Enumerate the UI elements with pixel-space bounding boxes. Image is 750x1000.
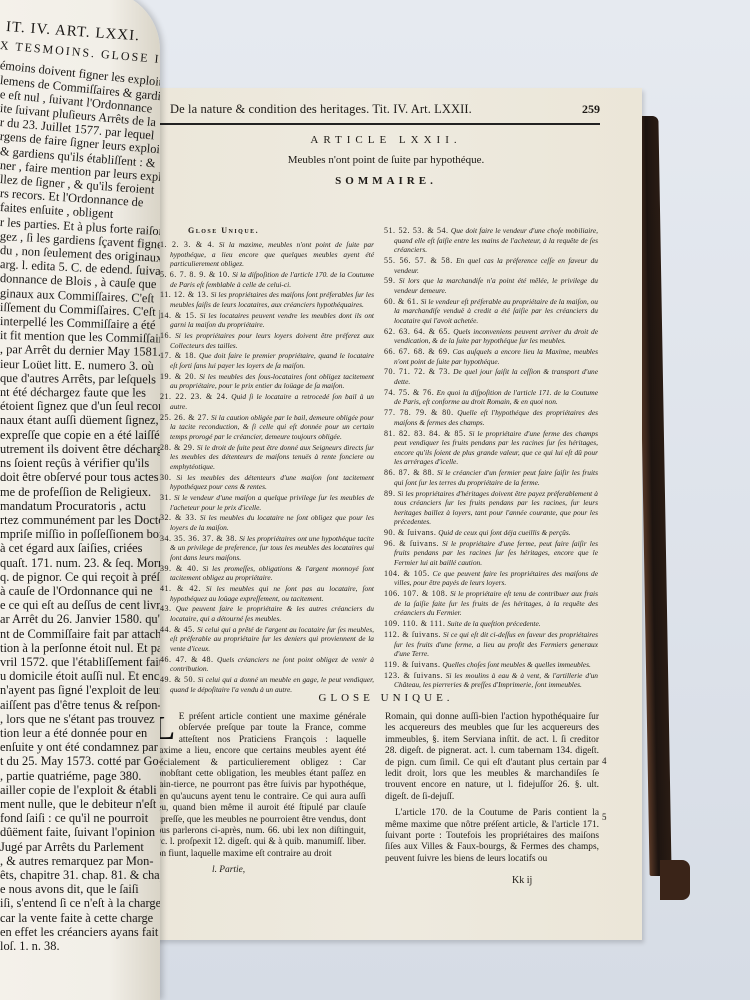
verso-line: rtez communément par les Docteurs	[0, 513, 160, 527]
sommaire-entry: 86. 87. & 88. Si le créancier d'un fermi…	[384, 468, 598, 487]
verso-line: tion à la perſonne étoit nul. Et par	[0, 641, 160, 655]
article-title: ARTICLE LXXII.	[130, 134, 642, 146]
entry-number: 17. & 18.	[160, 351, 196, 360]
entry-number: 96. & ſuivans.	[384, 539, 439, 548]
entry-number: 31.	[160, 493, 172, 502]
running-head-title: De la nature & condition des heritages. …	[170, 102, 472, 117]
entry-number: 106. 107. & 108.	[384, 589, 448, 598]
entry-number: 25. 26. & 27.	[160, 413, 209, 422]
sommaire-entry: 60. & 61. Si le vendeur eſt préferable a…	[384, 297, 598, 326]
entry-number: 81. 82. 83. 84. & 85.	[384, 429, 466, 438]
sommaire-entry: 106. 107. & 108. Si le propriétaire eſt …	[384, 589, 598, 618]
signature-mark: Kk ij	[512, 875, 532, 886]
verso-line: , & autres remarquez par Mon-	[0, 854, 160, 868]
sommaire-entry: 16. Si les propriétaires pour leurs loye…	[160, 331, 374, 350]
sommaire-entry: 11. 12. & 13. Si les propriétaires des m…	[160, 290, 374, 309]
entry-number: 28. & 29.	[160, 443, 195, 452]
sommaire-entry: 70. 71. 72. & 73. De quel jour ſaiſit la…	[384, 367, 598, 386]
sommaire-entry: 77. 78. 79. & 80. Quelle eſt l'hypothéqu…	[384, 408, 598, 427]
sommaire-entry: 31. Si le vendeur d'une maiſon a quelque…	[160, 493, 374, 512]
entry-text: Si les propriétaires pour leurs loyers d…	[170, 331, 374, 350]
verso-line: n'ayent pas ſigné l'exploit de leur	[0, 683, 160, 697]
entry-text: Si le droit de ſuite peut être donné aux…	[170, 443, 374, 471]
sommaire-entry: 51. 52. 53. & 54. Que doit faire le vend…	[384, 226, 598, 255]
sommaire-entry: 1. 2. 3. & 4. Si la maxime, meubles n'on…	[160, 240, 374, 269]
verso-line: ar Arrêt du 26. Janvier 1580. qu'un	[0, 612, 160, 626]
entry-text: Si les meubles qui ne ſont pas au locata…	[170, 584, 374, 603]
verso-line: mandatum Procuratoris , actu	[0, 499, 160, 513]
entry-number: 59.	[384, 276, 396, 285]
recto-page: De la nature & condition des heritages. …	[130, 88, 642, 940]
verso-page: IT. IV. ART. LXXI. X TESMOINS. GLOSE III…	[0, 0, 160, 1000]
entry-number: 66. 67. 68. & 69.	[384, 347, 450, 356]
entry-text: Si les meubles des ſous-locataires ſont …	[170, 372, 374, 391]
entry-text: Si celui qui a prêté de l'argent au loca…	[170, 625, 374, 653]
verso-line: iſi, s'entend ſi ce n'eſt à la charge	[0, 896, 160, 910]
entry-number: 43.	[160, 604, 172, 613]
verso-line: à cauſe de l'Ordonnance qui ne	[0, 584, 160, 598]
verso-line: nt de Commiſſaire fait par attache	[0, 627, 160, 641]
entry-number: 123. & ſuivans.	[384, 671, 443, 680]
entry-number: 19. & 20.	[160, 372, 196, 381]
sommaire-entry: 81. 82. 83. 84. & 85. Si le propriétaire…	[384, 429, 598, 467]
glose-title: GLOSE UNIQUE.	[130, 692, 642, 704]
page-number: 259	[582, 102, 600, 117]
verso-line: utrement ils doivent être déchargez	[0, 442, 160, 456]
body-left-tail: l. Partie,	[152, 865, 366, 876]
entry-number: 39. & 40.	[160, 564, 199, 573]
verso-line: ns ſoient reçûs à vérifier qu'ils	[0, 456, 160, 470]
entry-number: 41. & 42.	[160, 584, 201, 593]
entry-number: 104. & 105.	[384, 569, 430, 578]
verso-line: car la vente faite à cette charge	[0, 911, 160, 925]
entry-text: Si celui qui a donné un meuble en gage, …	[170, 675, 374, 694]
entry-text: Si les meubles des détenteurs d'une maiſ…	[170, 473, 374, 492]
entry-number: 119. & ſuivans.	[384, 660, 441, 669]
entry-text: Si lors que la marchandiſe n'a point été…	[394, 276, 598, 295]
entry-number: 74. 75. & 76.	[384, 388, 434, 397]
sommaire-entry: 25. 26. & 27. Si la caution obligée par …	[160, 413, 374, 442]
entry-number: 55. 56. 57. & 58.	[384, 256, 453, 265]
entry-number: 32. & 33.	[160, 513, 197, 522]
verso-line: dûëment faite, ſuivant l'opinion	[0, 825, 160, 839]
sommaire-entry: 43. Que peuvent faire le propriétaire & …	[160, 604, 374, 623]
running-head: De la nature & condition des heritages. …	[170, 102, 600, 117]
sommaire-entry: 90. & ſuivans. Quid de ceux qui ſont déj…	[384, 528, 598, 538]
verso-line: en effet les créanciers ayans fait	[0, 925, 160, 939]
verso-line: loſ. 1. n. 38.	[0, 939, 160, 953]
entry-number: 49. & 50.	[160, 675, 195, 684]
sommaire-entry: 28. & 29. Si le droit de ſuite peut être…	[160, 443, 374, 472]
entry-number: 77. 78. 79. & 80.	[384, 408, 454, 417]
book-cover-corner	[660, 860, 690, 900]
sommaire-title: SOMMAIRE.	[130, 175, 642, 187]
sommaire-entry: 41. & 42. Si les meubles qui ne ſont pas…	[160, 584, 374, 603]
sommaire-entry: 89. Si les propriétaires d'héritages doi…	[384, 489, 598, 527]
verso-line: fond ſaiſi : ce qu'il ne pourroit	[0, 811, 160, 825]
verso-line: Jugé par Arrêts du Parlement	[0, 840, 160, 854]
sommaire-entry: 46. 47. & 48. Quels créanciers ne ſont p…	[160, 655, 374, 674]
verso-text: IT. IV. ART. LXXI. X TESMOINS. GLOSE III…	[0, 20, 160, 953]
entry-number: 51. 52. 53. & 54.	[384, 226, 449, 235]
sommaire-right-column: 51. 52. 53. & 54. Que doit faire le vend…	[384, 226, 598, 691]
entry-number: 1. 2. 3. & 4.	[160, 240, 215, 249]
body-right-column: Romain, qui donne auſſi-bien l'action hy…	[385, 712, 599, 870]
entry-text: Si les locataires peuvent vendre les meu…	[170, 311, 374, 330]
verso-line: me de profeſſion de Religieux.	[0, 485, 160, 499]
sommaire-entry: 74. 75. & 76. En quoi la diſpoſition de …	[384, 388, 598, 407]
verso-line: expreſſe que copie en a été laiſſée	[0, 428, 160, 442]
entry-number: 89.	[384, 489, 396, 498]
entry-number: 34. 35. 36. 37. & 38.	[160, 534, 237, 543]
entry-number: 60. & 61.	[384, 297, 419, 306]
sommaire-entry: 119. & ſuivans. Quelles choſes ſont meub…	[384, 660, 598, 670]
verso-line: quaſt. 171. num. 23. & ſeq. Mornac	[0, 556, 160, 570]
sommaire-entry: 112. & ſuivans. Si ce qui eſt dit ci-deſ…	[384, 630, 598, 659]
entry-number: 70. 71. 72. & 73.	[384, 367, 450, 376]
entry-number: 16.	[160, 331, 172, 340]
entry-number: 46. 47. & 48.	[160, 655, 214, 664]
body-right-paragraph-1: Romain, qui donne auſſi-bien l'action hy…	[385, 712, 599, 803]
entry-text: Que peuvent faire le propriétaire & les …	[170, 604, 374, 623]
margin-number: 5	[602, 812, 607, 822]
sommaire-entry: 62. 63. 64. & 65. Quels inconveniens peu…	[384, 327, 598, 346]
sommaire-entry: 32. & 33. Si les meubles du locataire ne…	[160, 513, 374, 532]
verso-line: , partie quatriéme, page 380.	[0, 769, 160, 783]
article-subtitle: Meubles n'ont point de ſuite par hypothé…	[130, 154, 642, 166]
verso-line: à cet égard aux ſaiſies, criées	[0, 541, 160, 555]
entry-number: 44. & 45.	[160, 625, 195, 634]
body-right-paragraph-2: L'article 170. de la Coutume de Paris co…	[385, 808, 599, 865]
verso-line: doit être obſervé pour tous actes	[0, 470, 160, 484]
sommaire-entry: 109. 110. & 111. Suite de la queſtion pr…	[384, 619, 598, 629]
sommaire-entry: 21. 22. 23. & 24. Quid ſi le locataire a…	[160, 392, 374, 411]
sommaire-entry: 39. & 40. Si les promeſſes, obligations …	[160, 564, 374, 583]
entry-text: Si le vendeur eſt préferable au propriét…	[394, 297, 598, 325]
sommaire-entry: 96. & ſuivans. Si le propriétaire d'une …	[384, 539, 598, 568]
sommaire-entry: 66. 67. 68. & 69. Cas auſquels a encore …	[384, 347, 598, 366]
verso-line: mpriſe miſſio in poſſeſſionem bonorum	[0, 527, 160, 541]
glose-label: Glose Unique.	[188, 226, 259, 235]
entry-text: Si le vendeur d'une maiſon a quelque pri…	[170, 493, 374, 512]
body-left-text: E préſent article contient une maxime gé…	[152, 712, 366, 859]
verso-line: étoient ſignez que d'un ſeul recors.	[0, 399, 160, 413]
sommaire-entry: 17. & 18. Que doit faire le premier prop…	[160, 351, 374, 370]
verso-line: q. de pignor. Ce qui reçoit à préſent	[0, 570, 160, 584]
verso-line: aiſſent pas d'être tenus & reſpon-	[0, 698, 160, 712]
sommaire-entry: 14. & 15. Si les locataires peuvent vend…	[160, 311, 374, 330]
margin-number: 4	[602, 756, 607, 766]
verso-line: enſuite y ont été condamnez par	[0, 740, 160, 754]
verso-line: vril 1572. que l'établiſſement fait	[0, 655, 160, 669]
sommaire-entry: 44. & 45. Si celui qui a prêté de l'arge…	[160, 625, 374, 654]
entry-text: Quelles choſes ſont meubles & quelles im…	[442, 660, 590, 669]
verso-line: nt été déchargez faute que les	[0, 385, 160, 400]
sommaire-entry: 104. & 105. Ce que peuvent faire les pro…	[384, 569, 598, 588]
verso-line: naux étant auſſi düement ſignez,	[0, 413, 160, 427]
sommaire-entry: 5. 6. 7. 8. 9. & 10. Si la diſpoſition d…	[160, 270, 374, 289]
entry-number: 11. 12. & 13.	[160, 290, 209, 299]
sommaire-entry: 30. Si les meubles des détenteurs d'une …	[160, 473, 374, 492]
verso-line: tion leur a été donnée pour en	[0, 726, 160, 740]
entry-number: 30.	[160, 473, 172, 482]
verso-line: ailler copie de l'exploit & établi	[0, 783, 160, 797]
verso-line: ment nulle, que le debiteur n'eſt pas	[0, 797, 160, 811]
entry-text: Quid de ceux qui ſont déja cueillis & pe…	[438, 528, 570, 537]
header-rule	[160, 123, 600, 125]
entry-text: Si les propriétaires d'héritages doivent…	[394, 489, 598, 527]
sommaire-entry: 55. 56. 57. & 58. En quel cas la préfere…	[384, 256, 598, 275]
entry-number: 112. & ſuivans.	[384, 630, 441, 639]
entry-number: 14. & 15.	[160, 311, 197, 320]
entry-text: Si les meubles du locataire ne ſont obli…	[170, 513, 374, 532]
verso-line: e nous avons dit, que le ſaiſi	[0, 882, 160, 896]
entry-number: 90. & ſuivans.	[384, 528, 436, 537]
verso-line: , lors que ne s'étant pas trouvez	[0, 712, 160, 726]
entry-number: 62. 63. 64. & 65.	[384, 327, 450, 336]
sommaire-entry: 19. & 20. Si les meubles des ſous-locata…	[160, 372, 374, 391]
verso-line: u domicile étoit auſſi nul. Et encore	[0, 669, 160, 683]
entry-text: Si les promeſſes, obligations & l'argent…	[170, 564, 374, 583]
body-left-column: L E préſent article contient une maxime …	[152, 712, 366, 882]
sommaire-entry: 123. & ſuivans. Si les moulins à eau & à…	[384, 671, 598, 690]
sommaire-entry: 59. Si lors que la marchandiſe n'a point…	[384, 276, 598, 295]
entry-number: 21. 22. 23. & 24.	[160, 392, 228, 401]
verso-line: êts, chapitre 31. chap. 81. & chap.	[0, 868, 160, 882]
sommaire-left-column: 1. 2. 3. & 4. Si la maxime, meubles n'on…	[160, 240, 374, 695]
entry-number: 86. 87. & 88.	[384, 468, 435, 477]
sommaire-entry: 34. 35. 36. 37. & 38. Si les propriétair…	[160, 534, 374, 563]
entry-number: 109. 110. & 111.	[384, 619, 445, 628]
entry-number: 5. 6. 7. 8. 9. & 10.	[160, 270, 230, 279]
verso-line: t du 25. May 1573. cotté par Go-	[0, 754, 160, 768]
entry-text: Que doit faire le premier propriétaire, …	[170, 351, 374, 370]
entry-text: Suite de la queſtion précedente.	[447, 619, 540, 628]
verso-line: e ce qui eſt au deſſus de cent livres.	[0, 598, 160, 612]
